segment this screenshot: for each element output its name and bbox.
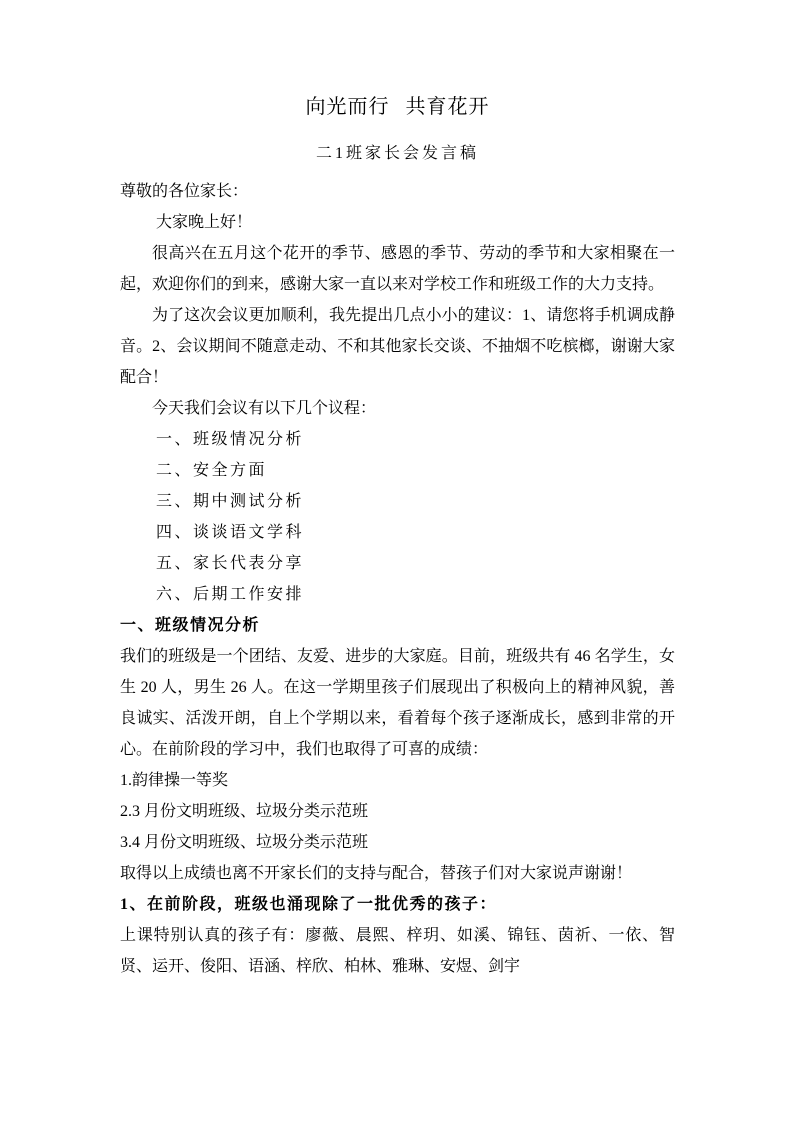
document-page: 向光而行 共育花开 二1班家长会发言稿 尊敬的各位家长： 大家晚上好！ 很高兴在… (0, 0, 793, 1122)
document-title: 向光而行 共育花开 (120, 92, 675, 122)
agenda-item-3: 三、期中测试分析 (120, 486, 675, 517)
achievement-item-2: 2.3 月份文明班级、垃圾分类示范班 (120, 796, 675, 827)
intro-paragraph: 很高兴在五月这个花开的季节、感恩的季节、劳动的季节和大家相聚在一起，欢迎你们的到… (120, 238, 675, 300)
achievement-item-3: 3.4 月份文明班级、垃圾分类示范班 (120, 827, 675, 858)
subsection1-heading: 1、在前阶段，班级也涌现除了一批优秀的孩子： (120, 889, 675, 920)
section1-body-paragraph: 我们的班级是一个团结、友爱、进步的大家庭。目前，班级共有 46 名学生，女生 2… (120, 641, 675, 765)
agenda-item-5: 五、家长代表分享 (120, 548, 675, 579)
thanks-paragraph: 取得以上成绩也离不开家长们的支持与配合，替孩子们对大家说声谢谢！ (120, 858, 675, 889)
agenda-item-4: 四、谈谈语文学科 (120, 517, 675, 548)
greeting-line: 大家晚上好！ (120, 207, 675, 238)
agenda-intro-line: 今天我们会议有以下几个议程： (120, 393, 675, 424)
section1-heading: 一、班级情况分析 (120, 610, 675, 641)
document-subtitle: 二1班家长会发言稿 (120, 142, 675, 166)
agenda-item-6: 六、后期工作安排 (120, 579, 675, 610)
agenda-item-2: 二、安全方面 (120, 455, 675, 486)
suggestions-paragraph: 为了这次会议更加顺利，我先提出几点小小的建议：1、请您将手机调成静音。2、会议期… (120, 300, 675, 393)
subsection1-body-paragraph: 上课特别认真的孩子有：廖薇、晨熙、梓玥、如溪、锦钰、茵祈、一依、智贤、运开、俊阳… (120, 920, 675, 982)
achievement-item-1: 1.韵律操一等奖 (120, 765, 675, 796)
salutation-line: 尊敬的各位家长： (120, 176, 675, 207)
document-body: 尊敬的各位家长： 大家晚上好！ 很高兴在五月这个花开的季节、感恩的季节、劳动的季… (120, 176, 675, 982)
agenda-item-1: 一、班级情况分析 (120, 424, 675, 455)
